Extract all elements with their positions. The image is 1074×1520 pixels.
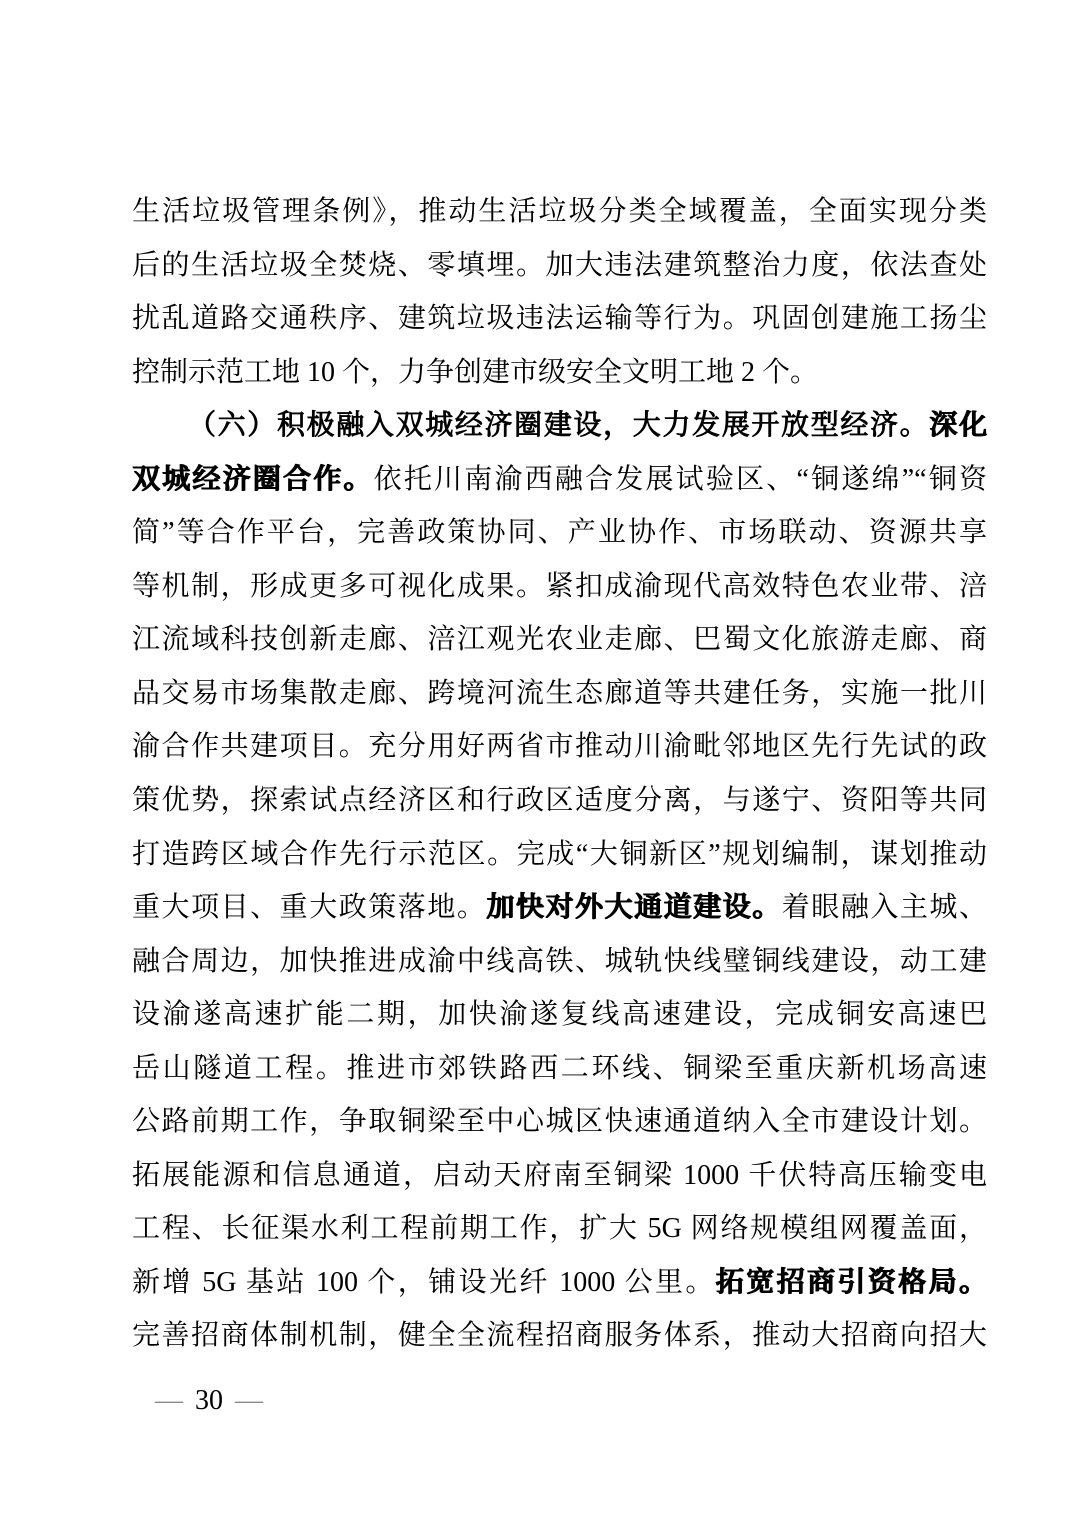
footer-dash-left: — [155,1385,183,1416]
emphasis-bold-text: 双城经济圈合作。 [132,464,374,495]
text-line: 岳山隧道工程。推进市郊铁路西二环线、铜梁至重庆新机场高速 [132,1042,987,1096]
text-line: 重大项目、重大政策落地。加快对外大通道建设。着眼融入主城、 [132,881,987,935]
section-heading-text: （六）积极融入双城经济圈建设，大力发展开放型经济。 [188,410,929,441]
text-line: 策优势，探索试点经济区和行政区适度分离，与遂宁、资阳等共同 [132,774,987,828]
body-text: 着眼融入主城、 [782,892,987,923]
body-text: 依托川南渝西融合发展试验区、“铜遂绵”“铜资 [374,464,987,495]
text-line: 完善招商体制机制，健全全流程招商服务体系，推动大招商向招大 [132,1309,987,1363]
text-line: 品交易市场集散走廊、跨境河流生态廊道等共建任务，实施一批川 [132,667,987,721]
body-text: 品交易市场集散走廊、跨境河流生态廊道等共建任务，实施一批川 [132,678,987,709]
emphasis-bold-text: 拓宽招商引资格局。 [716,1267,987,1298]
body-text: 拓展能源和信息通道，启动天府南至铜梁 1000 千伏特高压输变电 [132,1160,987,1191]
text-line: 新增 5G 基站 100 个，铺设光纤 1000 公里。拓宽招商引资格局。 [132,1256,987,1310]
text-line: 控制示范工地 10 个，力争创建市级安全文明工地 2 个。 [132,346,987,400]
text-line: 拓展能源和信息通道，启动天府南至铜梁 1000 千伏特高压输变电 [132,1149,987,1203]
body-text: 融合周边，加快推进成渝中线高铁、城轨快线璧铜线建设，动工建 [132,946,987,977]
text-line: 公路前期工作，争取铜梁至中心城区快速通道纳入全市建设计划。 [132,1095,987,1149]
body-text: 完善招商体制机制，健全全流程招商服务体系，推动大招商向招大 [132,1320,987,1351]
document-page: 生活垃圾管理条例》，推动生活垃圾分类全域覆盖，全面实现分类后的生活垃圾全焚烧、零… [0,0,1074,1520]
body-text: 设渝遂高速扩能二期，加快渝遂复线高速建设，完成铜安高速巴 [132,999,987,1030]
body-text: 打造跨区域合作先行示范区。完成“大铜新区”规划编制，谋划推动 [132,839,987,870]
body-text: 策优势，探索试点经济区和行政区适度分离，与遂宁、资阳等共同 [132,785,987,816]
text-block: 生活垃圾管理条例》，推动生活垃圾分类全域覆盖，全面实现分类后的生活垃圾全焚烧、零… [132,185,987,1363]
page-footer: —30— [155,1384,263,1418]
text-line: 设渝遂高速扩能二期，加快渝遂复线高速建设，完成铜安高速巴 [132,988,987,1042]
body-text: 新增 5G 基站 100 个，铺设光纤 1000 公里。 [132,1267,716,1298]
body-text: 工程、长征渠水利工程前期工作，扩大 5G 网络规模组网覆盖面， [132,1213,987,1244]
text-line: 江流域科技创新走廊、涪江观光农业走廊、巴蜀文化旅游走廊、商 [132,613,987,667]
body-text: 生活垃圾管理条例》，推动生活垃圾分类全域覆盖，全面实现分类 [132,196,987,227]
emphasis-bold-text: 加快对外大通道建设。 [486,892,781,923]
body-text: 渝合作共建项目。充分用好两省市推动川渝毗邻地区先行先试的政 [132,731,987,762]
body-text: 简”等合作平台，完善政策协同、产业协作、市场联动、资源共享 [132,517,987,548]
body-text: 公路前期工作，争取铜梁至中心城区快速通道纳入全市建设计划。 [132,1106,987,1137]
text-line: 后的生活垃圾全焚烧、零填埋。加大违法建筑整治力度，依法查处 [132,239,987,293]
emphasis-bold-text: 深化 [929,410,987,441]
body-text: 重大项目、重大政策落地。 [132,892,486,923]
body-text: 扰乱道路交通秩序、建筑垃圾违法运输等行为。巩固创建施工扬尘 [132,303,987,334]
text-line: 打造跨区域合作先行示范区。完成“大铜新区”规划编制，谋划推动 [132,828,987,882]
text-line: 双城经济圈合作。依托川南渝西融合发展试验区、“铜遂绵”“铜资 [132,453,987,507]
body-text: 控制示范工地 10 个，力争创建市级安全文明工地 2 个。 [132,357,818,388]
text-line: 等机制，形成更多可视化成果。紧扣成渝现代高效特色农业带、涪 [132,560,987,614]
footer-dash-right: — [235,1385,263,1416]
text-line: 简”等合作平台，完善政策协同、产业协作、市场联动、资源共享 [132,506,987,560]
body-text: 岳山隧道工程。推进市郊铁路西二环线、铜梁至重庆新机场高速 [132,1053,987,1084]
text-line: 生活垃圾管理条例》，推动生活垃圾分类全域覆盖，全面实现分类 [132,185,987,239]
text-line: 渝合作共建项目。充分用好两省市推动川渝毗邻地区先行先试的政 [132,720,987,774]
text-line: 工程、长征渠水利工程前期工作，扩大 5G 网络规模组网覆盖面， [132,1202,987,1256]
text-line: 融合周边，加快推进成渝中线高铁、城轨快线璧铜线建设，动工建 [132,935,987,989]
text-line: 扰乱道路交通秩序、建筑垃圾违法运输等行为。巩固创建施工扬尘 [132,292,987,346]
body-text: 等机制，形成更多可视化成果。紧扣成渝现代高效特色农业带、涪 [132,571,987,602]
text-line: （六）积极融入双城经济圈建设，大力发展开放型经济。深化 [132,399,987,453]
page-number: 30 [195,1385,223,1416]
body-text: 后的生活垃圾全焚烧、零填埋。加大违法建筑整治力度，依法查处 [132,250,987,281]
body-text: 江流域科技创新走廊、涪江观光农业走廊、巴蜀文化旅游走廊、商 [132,624,987,655]
